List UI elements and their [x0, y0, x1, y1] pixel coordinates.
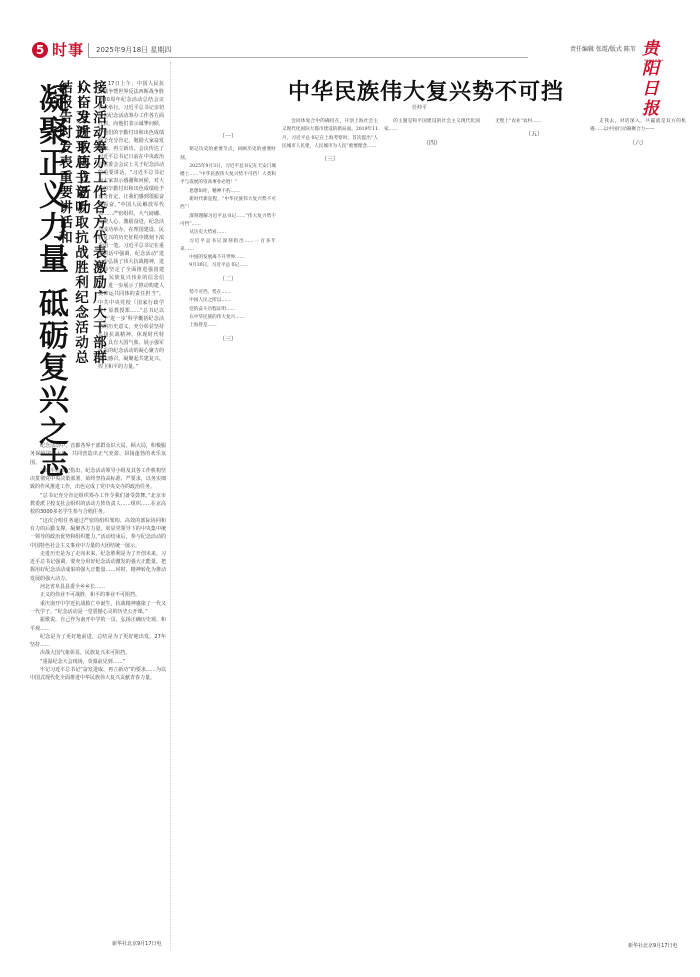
issue-date: 2025年9月18日 星期四 — [96, 45, 171, 55]
paragraph: 重庆南开中学近抗战救亡中诞生，抗战精神感染了一代又一代学子。“纪念活动是一堂震撼… — [30, 600, 166, 617]
paragraph: 纪念是为了更好地前进，总结是为了更好地出发。27年坚持…… — [30, 633, 166, 650]
paragraph: “总书记充分肯定组织筹办工作令我们备受鼓舞。”北京市教委派卫校支社会组织的活动方… — [30, 492, 166, 517]
paragraph: 上海曾是…… — [180, 322, 276, 330]
paragraph: “这次合唱任务通过严密的组织架构、高效的部际协同和有力的后勤支撑，凝聚各方力量，… — [30, 517, 166, 550]
paragraph: 河北省阜县县委全乡乡长…… — [30, 583, 166, 591]
left-article-subtitle-2: ——习近平总书记听取抗战胜利纪念活动总结报告时发表重要讲话和 — [56, 80, 88, 370]
paragraph: 2025年9月3日，习近平总书记在天安门城楼上……“中华民族伟大复兴势不可挡！人… — [180, 163, 276, 188]
paragraph: 深刻理解习近平总书记……“伟大复兴势不可挡”…… — [180, 213, 276, 230]
right-article-headline: 中华民族伟大复兴势不可挡 — [288, 78, 564, 106]
paragraph: 走我去，对话深入，共赢就是双方的机遇……以中国行动凝聚合力—— — [590, 118, 686, 135]
editor-credit: 责任编辑 张霞/版式 陈苇 — [570, 46, 636, 54]
byline: 任仲平 — [412, 104, 427, 112]
section-marker: （三） — [282, 156, 378, 164]
section-marker: （一） — [180, 133, 276, 141]
paragraph: 党的奋斗历程证明…… — [180, 306, 276, 314]
article-column-4: 无壁上“农业”农村…… （五） — [486, 118, 582, 944]
right-article-sign: 新华社北京9月17日电 — [628, 942, 678, 950]
section-marker: （四） — [384, 140, 480, 148]
paragraph: 中国人民之所以…… — [180, 297, 276, 305]
article-column-5: 走我去，对话深入，共赢就是双方的机遇……以中国行动凝聚合力—— （六） — [590, 118, 686, 944]
paragraph: 新时代新征程，“中华民族伟大复兴势不可挡”！ — [180, 196, 276, 213]
paragraph: 势不可挡，势在…… — [180, 289, 276, 297]
article-column-2: 会同体复合中的确投在，开创上海社会主义现代化国际大都市建设的新局面。2019年1… — [282, 118, 378, 944]
article-column-1: （一） 铭记历史的重要节点，回顾历史的重要时刻。 2025年9月3日，习近平总书… — [180, 128, 276, 946]
header-rule — [88, 57, 528, 58]
article-column-3: 的主题是和平国建设的社会主义现代化国家…… （四） — [384, 118, 480, 944]
paragraph: 从历史大势看…… — [180, 229, 276, 237]
paragraph: 牢记习近平总书记“奋发进取、再立新功”的要求……为以中国式现代化全面推进中华民族… — [30, 666, 166, 683]
paragraph: 9月30日，习近平总书记…… — [180, 262, 276, 270]
section-marker: （二） — [180, 276, 276, 284]
paragraph: “重温纪念大会现场，荧幕前见到……” — [30, 658, 166, 666]
paragraph: 习近平总书记指出，纪念活动领导小组及其各工作机构坚决贯彻党中央决策部署，始终坚持… — [30, 467, 166, 492]
masthead-subtitle: GUIYANG DAILY — [644, 58, 670, 66]
section-marker: （三） — [180, 336, 276, 344]
left-article-sign: 新华社北京9月17日电 — [112, 940, 162, 948]
section-name: 时事 — [52, 42, 84, 58]
paragraph: 振歌说，自己作为南开中学的一员，弘扬正确历史观、和平观…… — [30, 616, 166, 633]
paragraph: 习近平总书记深刻指出……一百多年来…… — [180, 238, 276, 255]
paragraph: 中国的发展离不开世界…… — [180, 254, 276, 262]
column-divider — [170, 62, 171, 950]
left-article-body: 纪念活动中，首都各界干部群众识大局、顾大局，积极服务保障国之大典，共同营造出正气… — [30, 442, 166, 938]
paragraph: 走进历史是为了走向未来，纪念胜利是为了开创未来。习近平总书记强调，要充分用好纪念… — [30, 550, 166, 583]
paragraph: 无壁上“农业”农村…… — [486, 118, 582, 126]
paragraph: 的主题是和平国建设的社会主义现代化国家…… — [384, 118, 480, 135]
paragraph: 决战大国气象彰显，民族复兴未可阻挡。 — [30, 649, 166, 657]
section-marker: （五） — [486, 131, 582, 139]
paragraph: 纪念活动中，首都各界干部群众识大局、顾大局，积极服务保障国之大典，共同营造出正气… — [30, 442, 166, 467]
page-header: 5 时事 2025年9月18日 星期四 责任编辑 张霞/版式 陈苇 贵阳日报 G… — [30, 42, 670, 58]
paragraph: 铭记历史的重要节点，回顾历史的重要时刻。 — [180, 146, 276, 163]
section-marker: （六） — [590, 140, 686, 148]
paragraph: 正义的伟业不可战胜，和平的事业不可阻挡。 — [30, 591, 166, 599]
newspaper-masthead: 贵阳日报 — [642, 39, 670, 119]
paragraph: 思想如炬，精神不朽…… — [180, 188, 276, 196]
left-article-lead: 17日上午，中国人民抗日战争暨世界反法西斯战争胜利80周年纪念活动总结会议在京举… — [98, 80, 164, 440]
header-separator — [88, 43, 89, 57]
page-number-badge: 5 — [32, 42, 48, 58]
paragraph: 在中华民族的伟大复兴…… — [180, 314, 276, 322]
paragraph: 会同体复合中的确投在，开创上海社会主义现代化国际大都市建设的新局面。2019年1… — [282, 118, 378, 151]
